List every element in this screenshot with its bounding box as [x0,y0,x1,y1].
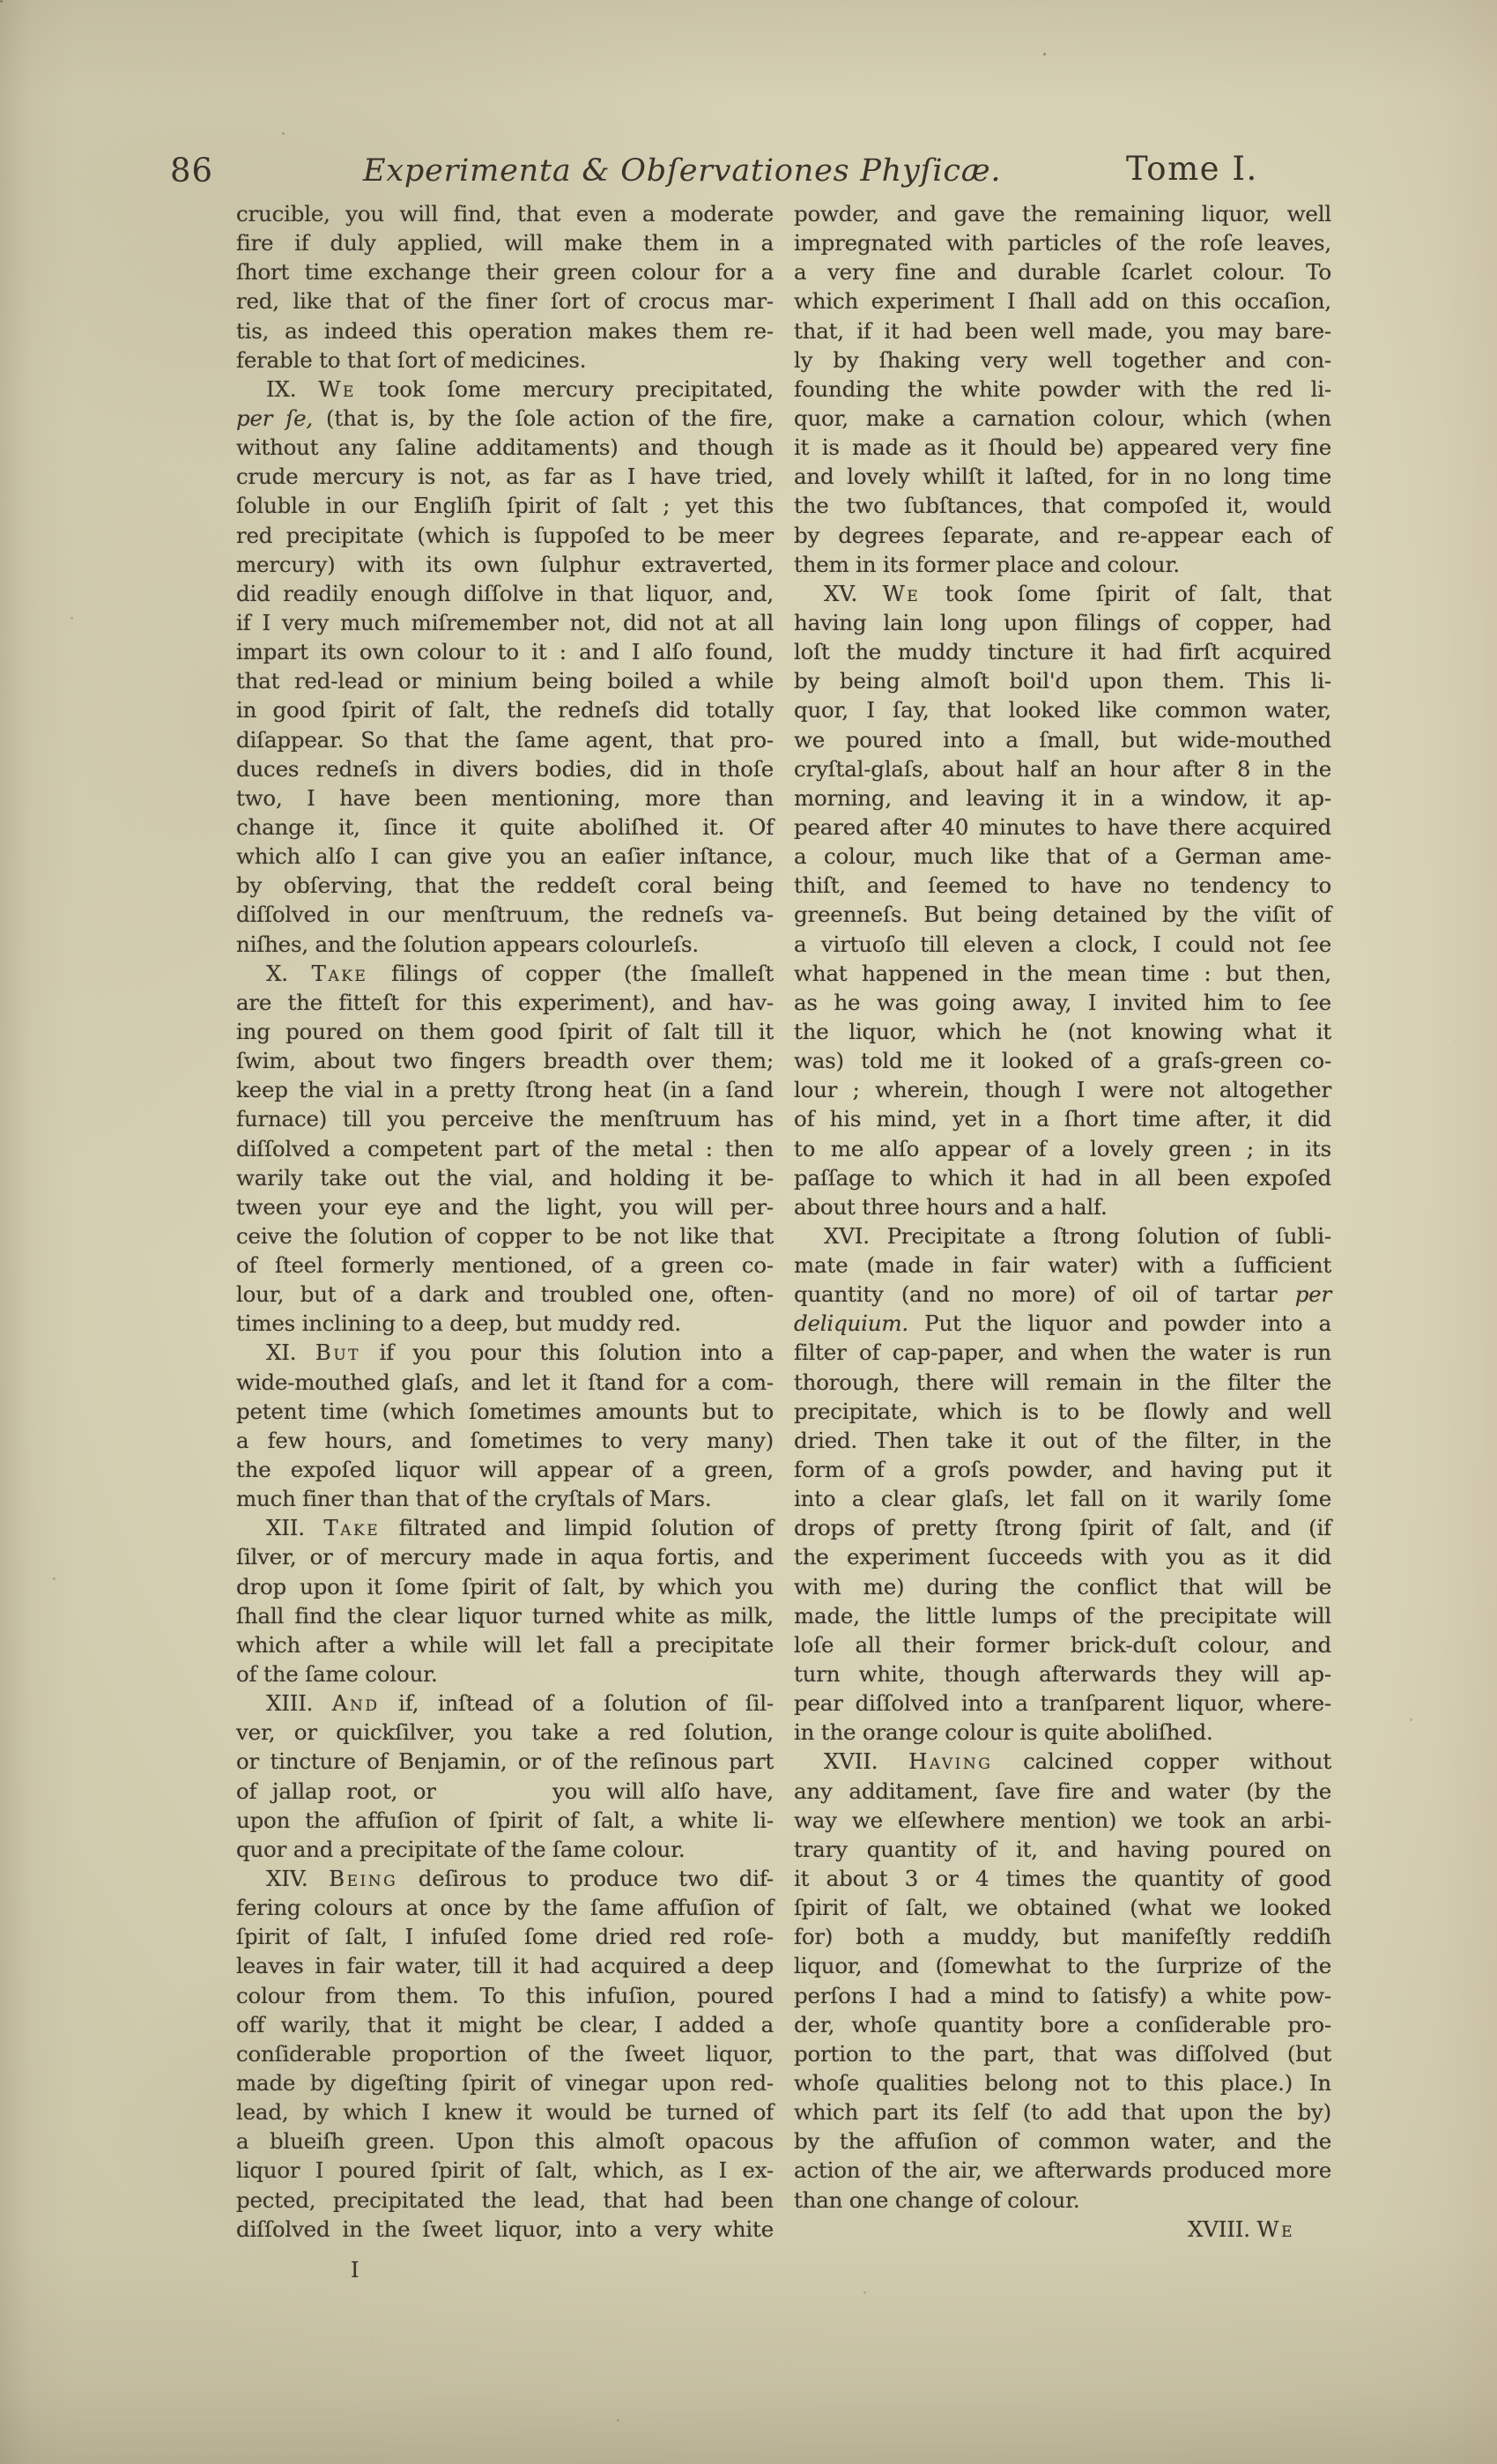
text-line: tween your eye and the light, you will p… [236,1192,774,1221]
text-line: made by digeſting ſpirit of vinegar upon… [236,2068,774,2097]
text-line: without any ſaline additaments) and thou… [236,433,774,462]
text-run: by being almoſt boil'd upon them. This l… [794,668,1331,694]
text-line: in the orange colour is quite aboliſhed. [794,1718,1331,1747]
text-run: what happened in the mean time : but the… [794,961,1331,986]
text-line: ferable to that ſort of medicines. [236,345,774,375]
text-run: portion to the part, that was diſſolved … [794,2041,1331,2067]
text-line: are the fitteſt for this experiment), an… [236,988,774,1017]
text-line: fire if duly applied, will make them in … [236,228,774,257]
text-run: red, like that of the finer ſort of croc… [236,288,774,314]
text-line: a few hours, and ſometimes to very many) [236,1426,774,1455]
text-line: ſpirit of ſalt, I infuſed ſome dried red… [236,1922,774,1951]
text-run: in the orange colour is quite aboliſhed. [794,1719,1213,1745]
text-run: of jallap root, or you will alſo have, [236,1778,774,1804]
text-line: diſſolved in our menſtruum, the redneſs … [236,900,774,929]
text-run: it is made as it ſhould be) appeared ver… [794,434,1331,460]
text-run: loſe all their former brick-duſt colour,… [794,1632,1331,1658]
text-line: XII. Take filtrated and limpid ſolution … [236,1513,774,1542]
text-line: conſiderable proportion of the ſweet liq… [236,2039,774,2068]
text-run: der, whoſe quantity bore a conſiderable … [794,2012,1331,2037]
text-line: leaves in fair water, till it had acquir… [236,1951,774,1980]
text-run: thorough, there will remain in the filte… [794,1369,1331,1395]
text-run: form of a groſs powder, and having put i… [794,1457,1331,1482]
text-line: quantity (and no more) of oil of tartar … [794,1280,1331,1309]
text-line: diſſolved a competent part of the metal … [236,1134,774,1163]
text-run: XVIII. [1188,2216,1256,2242]
text-line: much finer than that of the cryſtals of … [236,1484,774,1513]
text-line: by obſerving, that the reddeſt coral bei… [236,871,774,900]
text-line: change it, ſince it quite aboliſhed it. … [236,813,774,842]
text-run: fering colours at once by the ſame affuſ… [236,1895,774,1920]
text-run: which alſo I can give you an eaſier inſt… [236,843,774,869]
text-line: petent time (which ſometimes amounts but… [236,1397,774,1426]
text-run: perſons I had a mind to ſatisfy) a white… [794,1983,1331,2008]
text-column-left: crucible, you will find, that even a mod… [236,199,774,2244]
text-run: ſhall find the clear liquor turned white… [236,1603,774,1629]
text-line: about three hours and a half. [794,1192,1331,1221]
text-line: upon the affuſion of ſpirit of ſalt, a w… [236,1806,774,1835]
text-run: XV. [824,581,883,606]
text-line: fering colours at once by the ſame affuſ… [236,1893,774,1922]
text-run: leaves in fair water, till it had acquir… [236,1953,774,1978]
text-line: cryſtal-glaſs, about half an hour after … [794,754,1331,783]
text-line: action of the air, we afterwards produce… [794,2156,1331,2185]
text-run: diſſolved a competent part of the metal … [236,1136,774,1161]
text-line: crucible, you will find, that even a mod… [236,199,774,228]
text-run: if you pour this ſolution into a [360,1340,774,1365]
text-run: XVI. Precipitate a ſtrong ſolution of ſu… [824,1223,1331,1249]
text-line: XIII. And if, inſtead of a ſolution of ſ… [236,1688,774,1718]
text-run: ſwim, about two fingers breadth over the… [236,1048,774,1073]
text-run: (that is, by the ſole action of the fire… [313,405,774,431]
text-line: liquor I poured ſpirit of ſalt, which, a… [236,2156,774,2185]
text-run: turn white, though afterwards they will … [794,1661,1331,1687]
text-line: ſpirit of ſalt, we obtained (what we loo… [794,1893,1331,1922]
text-run: founding the white powder with the red l… [794,376,1331,402]
text-line: the liquor, which he (not knowing what i… [794,1017,1331,1046]
text-run: which experiment I ſhall add on this occ… [794,288,1331,314]
text-line: der, whoſe quantity bore a conſiderable … [794,2010,1331,2039]
text-run: crucible, you will find, that even a mod… [236,201,774,226]
text-run: filings of copper (the ſmalleſt [367,961,774,986]
text-run: them in its former place and colour. [794,552,1180,577]
text-line: perſons I had a mind to ſatisfy) a white… [794,1981,1331,2010]
text-line: by the affuſion of common water, and the [794,2126,1331,2156]
text-run: drop upon it ſome ſpirit of ſalt, by whi… [236,1574,774,1599]
text-line: that red-lead or minium being boiled a w… [236,666,774,695]
text-run: off warily, that it might be clear, I ad… [236,2012,774,2037]
text-run: took ſome ſpirit of ſalt, that [920,581,1331,606]
text-run: or tincture of Benjamin, or of the reſin… [236,1748,774,1774]
text-run: ceive the ſolution of copper to be not l… [236,1223,774,1249]
text-run: diſſolved in the ſweet liquor, into a ve… [236,2216,774,2242]
text-run: niſhes, and the ſolution appears colourl… [236,931,699,957]
text-run: XIV. [266,1866,329,1891]
text-run: ſhort time exchange their green colour f… [236,259,774,285]
text-run: conſiderable proportion of the ſweet liq… [236,2041,774,2067]
text-run: diſſolved in our menſtruum, the redneſs … [236,902,774,927]
small-caps-run: Being [329,1866,397,1891]
text-line: having lain long upon filings of copper,… [794,608,1331,637]
text-line: ing poured on them good ſpirit of ſalt t… [236,1017,774,1046]
text-run: dried. Then take it out of the filter, i… [794,1428,1331,1453]
text-run: liquor, and (ſomewhat to the ſurprize of… [794,1953,1331,1978]
text-line: for) both a muddy, but manifeſtly reddiſ… [794,1922,1331,1951]
text-line: lead, by which I knew it would be turned… [236,2097,774,2126]
text-run: diſappear. So that the ſame agent, that … [236,727,774,753]
italic-run: per ſe, [236,405,313,431]
text-run: if, inſtead of a ſolution of ſil- [380,1690,774,1716]
text-run: thiſt, and ſeemed to have no tendency to [794,872,1331,898]
text-line: ſilver, or of mercury made in aqua forti… [236,1542,774,1571]
text-run: ver, or quickſilver, you take a red ſolu… [236,1719,774,1745]
text-run: tis, as indeed this operation makes them… [236,318,774,344]
small-caps-run: But [315,1340,360,1365]
italic-run: deliquium. [794,1310,908,1336]
text-line: and lovely whilſt it laſted, for in no l… [794,462,1331,491]
text-line: of his mind, yet in a ſhort time after, … [794,1104,1331,1133]
text-run: a blueiſh green. Upon this almoſt opacou… [236,2128,774,2154]
text-run: liquor I poured ſpirit of ſalt, which, a… [236,2157,774,2183]
text-line: if I very much miſremember not, did not … [236,608,774,637]
text-run: quantity (and no more) of oil of tartar [794,1281,1295,1307]
text-line: liquor, and (ſomewhat to the ſurprize of… [794,1951,1331,1980]
small-caps-run: Having [908,1748,992,1774]
text-run: ſpirit of ſalt, I infuſed ſome dried red… [236,1924,774,1949]
text-run: the expoſed liquor will appear of a gree… [236,1457,774,1482]
text-line: the two ſubſtances, that compoſed it, wo… [794,491,1331,520]
text-line: by degrees ſeparate, and re-appear each … [794,521,1331,550]
text-run: IX. [266,376,318,402]
text-line: loſt the muddy tincture it had firſt acq… [794,637,1331,666]
text-run: lead, by which I knew it would be turned… [236,2099,774,2125]
text-line: lour ; wherein, though I were not altoge… [794,1075,1331,1104]
text-run: that red-lead or minium being boiled a w… [236,668,774,694]
text-run: deſirous to produce two dif- [397,1866,774,1891]
text-line: it about 3 or 4 times the quantity of go… [794,1864,1331,1893]
text-run: two, I have been mentioning, more than [236,785,774,811]
italic-run: per [1295,1281,1331,1307]
text-line: precipitate, which is to be ſlowly and w… [794,1397,1331,1426]
text-line: filter of cap-paper, and when the water … [794,1338,1331,1367]
text-run: filtrated and limpid ſolution of [380,1515,774,1540]
small-caps-run: Take [312,961,368,986]
text-run: a colour, much like that of a German ame… [794,843,1331,869]
text-run: as he was going away, I invited him to ſ… [794,990,1331,1015]
text-line: any additament, ſave fire and water (by … [794,1777,1331,1806]
text-run: way we elſewhere mention) we took an arb… [794,1807,1331,1833]
text-line: turn white, though afterwards they will … [794,1659,1331,1688]
text-run: took ſome mercury precipitated, [356,376,774,402]
text-run: by the affuſion of common water, and the [794,2128,1331,2154]
text-run: filter of cap-paper, and when the water … [794,1340,1331,1365]
text-run: into a clear glaſs, let fall on it waril… [794,1486,1331,1511]
text-run: in good ſpirit of ſalt, the redneſs did … [236,697,774,723]
paper-specks [0,0,3,3]
text-line: which alſo I can give you an eaſier inſt… [236,842,774,871]
text-line: of jallap root, or you will alſo have, [236,1777,774,1806]
text-run: made, the little lumps of the precipitat… [794,1603,1331,1629]
text-line: ſhort time exchange their green colour f… [236,257,774,286]
text-line: red precipitate (which is ſuppoſed to be… [236,521,774,550]
text-column-right: powder, and gave the remaining liquor, w… [794,199,1331,2244]
text-run: colour from them. To this infuſion, pour… [236,1983,774,2008]
text-line: thiſt, and ſeemed to have no tendency to [794,871,1331,900]
volume-label: Tome I. [1126,150,1258,188]
text-line: with me) during the conflict that will b… [794,1572,1331,1601]
text-line: a very fine and durable ſcarlet colour. … [794,257,1331,286]
text-line: a colour, much like that of a German ame… [794,842,1331,871]
text-run: having lain long upon filings of copper,… [794,610,1331,635]
text-line: impregnated with particles of the roſe l… [794,228,1331,257]
text-line: crude mercury is not, as far as I have t… [236,462,774,491]
text-line: impart its own colour to it : and I alſo… [236,637,774,666]
text-run: it about 3 or 4 times the quantity of go… [794,1866,1331,1891]
text-line: per ſe, (that is, by the ſole action of … [236,404,774,433]
text-run: impregnated with particles of the roſe l… [794,230,1331,256]
text-line: it is made as it ſhould be) appeared ver… [794,433,1331,462]
text-run: XII. [266,1515,323,1540]
text-run: made by digeſting ſpirit of vinegar upon… [236,2070,774,2096]
text-line: greenneſs. But being detained by the viſ… [794,900,1331,929]
text-run: ly by ſhaking very well together and con… [794,347,1331,373]
text-line: pected, precipitated the lead, that had … [236,2186,774,2215]
text-run: lour, but of a dark and troubled one, of… [236,1281,774,1307]
text-line: them in its former place and colour. [794,550,1331,579]
small-caps-run: We [318,376,356,402]
text-line: quor and a precipitate of the ſame colou… [236,1835,774,1864]
signature-mark: I [351,2258,359,2282]
text-line: keep the vial in a pretty ſtrong heat (i… [236,1075,774,1104]
text-line: tis, as indeed this operation makes them… [236,316,774,345]
text-line: founding the white powder with the red l… [794,375,1331,404]
text-run: XIII. [266,1690,332,1716]
text-line: XVII. Having calcined copper without [794,1747,1331,1776]
text-line: of the ſame colour. [236,1659,774,1688]
small-caps-run: We [883,581,921,606]
text-run: lour ; wherein, though I were not altoge… [794,1077,1331,1102]
text-run: change it, ſince it quite aboliſhed it. … [236,814,774,840]
text-run: are the fitteſt for this experiment), an… [236,990,774,1015]
text-line: colour from them. To this infuſion, pour… [236,1981,774,2010]
text-run: which after a while will let fall a prec… [236,1632,774,1658]
text-line: loſe all their former brick-duſt colour,… [794,1630,1331,1659]
text-run: petent time (which ſometimes amounts but… [236,1399,774,1424]
text-line: that, if it had been well made, you may … [794,316,1331,345]
text-run: powder, and gave the remaining liquor, w… [794,201,1331,226]
text-line: duces redneſs in divers bodies, did in t… [236,754,774,783]
text-run: calcined copper without [992,1748,1331,1774]
text-run: of his mind, yet in a ſhort time after, … [794,1106,1331,1132]
text-line: a virtuoſo till eleven a clock, I could … [794,930,1331,959]
text-run: cryſtal-glaſs, about half an hour after … [794,756,1331,782]
text-run: ſilver, or of mercury made in aqua forti… [236,1544,774,1570]
text-line: made, the little lumps of the precipitat… [794,1601,1331,1630]
text-run: a very fine and durable ſcarlet colour. … [794,259,1331,285]
text-line: which experiment I ſhall add on this occ… [794,286,1331,315]
text-run: wide-mouthed glaſs, and let it ſtand for… [236,1369,774,1395]
text-line: ver, or quickſilver, you take a red ſolu… [236,1718,774,1747]
text-run: to me alſo appear of a lovely green ; in… [794,1136,1331,1161]
text-line: ſhall find the clear liquor turned white… [236,1601,774,1630]
text-run: was) told me it looked of a graſs-green … [794,1048,1331,1073]
text-run: that, if it had been well made, you may … [794,318,1331,344]
text-line: paſſage to which it had in all been expo… [794,1163,1331,1192]
text-line: was) told me it looked of a graſs-green … [794,1046,1331,1075]
text-line: or tincture of Benjamin, or of the reſin… [236,1747,774,1776]
text-line: deliquium. Put the liquor and powder int… [794,1309,1331,1338]
text-line: XI. But if you pour this ſolution into a [236,1338,774,1367]
text-run: by degrees ſeparate, and re-appear each … [794,523,1331,548]
text-line: the experiment ſucceeds with you as it d… [794,1542,1331,1571]
text-line: as he was going away, I invited him to ſ… [794,988,1331,1017]
text-line: diſſolved in the ſweet liquor, into a ve… [236,2215,774,2244]
text-run: of ſteel formerly mentioned, of a green … [236,1252,774,1278]
text-line: by being almoſt boil'd upon them. This l… [794,666,1331,695]
text-run: much finer than that of the cryſtals of … [236,1486,712,1511]
text-line: XV. We took ſome ſpirit of ſalt, that [794,579,1331,608]
text-run: ing poured on them good ſpirit of ſalt t… [236,1019,774,1044]
text-line: X. Take filings of copper (the ſmalleſt [236,959,774,988]
text-line: diſappear. So that the ſame agent, that … [236,725,774,754]
text-line: drop upon it ſome ſpirit of ſalt, by whi… [236,1572,774,1601]
text-line: pear diſſolved into a tranſparent liquor… [794,1688,1331,1718]
text-run: we poured into a ſmall, but wide-mouthed [794,727,1331,753]
text-run: impart its own colour to it : and I alſo… [236,639,774,664]
text-line: the expoſed liquor will appear of a gree… [236,1455,774,1484]
text-line: ceive the ſolution of copper to be not l… [236,1221,774,1251]
text-line: quor, make a carnation colour, which (wh… [794,404,1331,433]
text-line: a blueiſh green. Upon this almoſt opacou… [236,2126,774,2156]
text-line: whoſe qualities belong not to this place… [794,2068,1331,2097]
text-line: to me alſo appear of a lovely green ; in… [794,1134,1331,1163]
text-line: red, like that of the finer ſort of croc… [236,286,774,315]
text-line: mercury) with its own ſulphur extraverte… [236,550,774,579]
text-run: the experiment ſucceeds with you as it d… [794,1544,1331,1570]
text-run: pear diſſolved into a tranſparent liquor… [794,1690,1331,1716]
text-run: Put the liquor and powder into a [908,1310,1331,1336]
text-run: morning, and leaving it in a window, it … [794,785,1331,811]
text-line: IX. We took ſome mercury precipitated, [236,375,774,404]
text-run: upon the affuſion of ſpirit of ſalt, a w… [236,1807,774,1833]
text-line: dried. Then take it out of the filter, i… [794,1426,1331,1455]
text-run: ſpirit of ſalt, we obtained (what we loo… [794,1895,1331,1920]
text-run: did readily enough diſſolve in that liqu… [236,581,774,606]
text-line: which after a while will let fall a prec… [236,1630,774,1659]
text-run: whoſe qualities belong not to this place… [794,2070,1331,2096]
text-run: XVII. [824,1748,908,1774]
text-line: ly by ſhaking very well together and con… [794,345,1331,375]
text-run: mate (made in fair water) with a ſuffici… [794,1252,1331,1278]
text-line: way we elſewhere mention) we took an arb… [794,1806,1331,1835]
text-run: keep the vial in a pretty ſtrong heat (i… [236,1077,774,1102]
text-line: portion to the part, that was diſſolved … [794,2039,1331,2068]
text-run: red precipitate (which is ſuppoſed to be… [236,523,774,548]
text-line: we poured into a ſmall, but wide-mouthed [794,725,1331,754]
text-run: XI. [266,1340,315,1365]
text-line: peared after 40 minutes to have there ac… [794,813,1331,842]
text-run: action of the air, we afterwards produce… [794,2157,1331,2183]
text-line: times inclining to a deep, but muddy red… [236,1309,774,1338]
text-line: morning, and leaving it in a window, it … [794,783,1331,813]
text-line: warily take out the vial, and holding it… [236,1163,774,1192]
text-run: by obſerving, that the reddeſt coral bei… [236,872,774,898]
text-run: paſſage to which it had in all been expo… [794,1165,1331,1191]
text-line: mate (made in fair water) with a ſuffici… [794,1251,1331,1280]
text-run: tween your eye and the light, you will p… [236,1194,774,1220]
text-run: crude mercury is not, as far as I have t… [236,464,774,489]
text-line: powder, and gave the remaining liquor, w… [794,199,1331,228]
text-run: than one change of colour. [794,2187,1080,2213]
text-run: ferable to that ſort of medicines. [236,347,586,373]
text-run: with me) during the conflict that will b… [794,1574,1331,1599]
text-run: pected, precipitated the lead, that had … [236,2187,774,2213]
text-line: than one change of colour. [794,2186,1331,2215]
text-run: a few hours, and ſometimes to very many) [236,1428,774,1453]
text-run: any additament, ſave fire and water (by … [794,1778,1331,1804]
text-run: about three hours and a half. [794,1194,1108,1220]
text-line: lour, but of a dark and troubled one, of… [236,1280,774,1309]
text-run: without any ſaline additaments) and thou… [236,434,774,460]
running-title: Experimenta & Obſervationes Phyſicæ. [363,153,1001,189]
text-run: if I very much miſremember not, did not … [236,610,774,635]
text-line: niſhes, and the ſolution appears colourl… [236,930,774,959]
text-line: drops of pretty ſtrong ſpirit of ſalt, a… [794,1513,1331,1542]
text-line: XIV. Being deſirous to produce two dif- [236,1864,774,1893]
text-line: two, I have been mentioning, more than [236,783,774,813]
text-run: trary quantity of it, and having poured … [794,1837,1331,1862]
text-run: quor and a precipitate of the ſame colou… [236,1837,685,1862]
text-run: peared after 40 minutes to have there ac… [794,814,1331,840]
text-run: quor, make a carnation colour, which (wh… [794,405,1331,431]
text-line: off warily, that it might be clear, I ad… [236,2010,774,2039]
text-line: ſoluble in our Engliſh ſpirit of ſalt ; … [236,491,774,520]
text-run: for) both a muddy, but manifeſtly reddiſ… [794,1924,1331,1949]
text-run: a virtuoſo till eleven a clock, I could … [794,931,1331,957]
text-line: in good ſpirit of ſalt, the redneſs did … [236,695,774,724]
text-line: form of a groſs powder, and having put i… [794,1455,1331,1484]
text-run: fire if duly applied, will make them in … [236,230,774,256]
text-run: duces redneſs in divers bodies, did in t… [236,756,774,782]
text-run: ſoluble in our Engliſh ſpirit of ſalt ; … [236,493,774,518]
text-run: of the ſame colour. [236,1661,438,1687]
catchword-line: XVIII. We [794,2215,1331,2244]
text-line: which part its ſelf (to add that upon th… [794,2097,1331,2126]
text-line: did readily enough diſſolve in that liqu… [236,579,774,608]
text-line: what happened in the mean time : but the… [794,959,1331,988]
text-line: trary quantity of it, and having poured … [794,1835,1331,1864]
text-run: precipitate, which is to be ſlowly and w… [794,1399,1331,1424]
text-run: warily take out the vial, and holding it… [236,1165,774,1191]
text-line: furnace) till you perceive the menſtruum… [236,1104,774,1133]
text-run: drops of pretty ſtrong ſpirit of ſalt, a… [794,1515,1331,1540]
text-line: into a clear glaſs, let fall on it waril… [794,1484,1331,1513]
text-line: ſwim, about two fingers breadth over the… [236,1046,774,1075]
text-run: mercury) with its own ſulphur extraverte… [236,552,774,577]
text-run: quor, I ſay, that looked like common wat… [794,697,1331,723]
text-run: X. [266,961,312,986]
text-run: which part its ſelf (to add that upon th… [794,2099,1331,2125]
text-line: wide-mouthed glaſs, and let it ſtand for… [236,1368,774,1397]
text-line: of ſteel formerly mentioned, of a green … [236,1251,774,1280]
text-run: loſt the muddy tincture it had firſt acq… [794,639,1331,664]
text-run: greenneſs. But being detained by the viſ… [794,902,1331,927]
text-run: furnace) till you perceive the menſtruum… [236,1106,774,1132]
text-line: thorough, there will remain in the filte… [794,1368,1331,1397]
small-caps-run: Take [323,1515,380,1540]
book-page-scan: 86 Experimenta & Obſervationes Phyſicæ. … [0,0,1497,2464]
text-run: and lovely whilſt it laſted, for in no l… [794,464,1331,489]
